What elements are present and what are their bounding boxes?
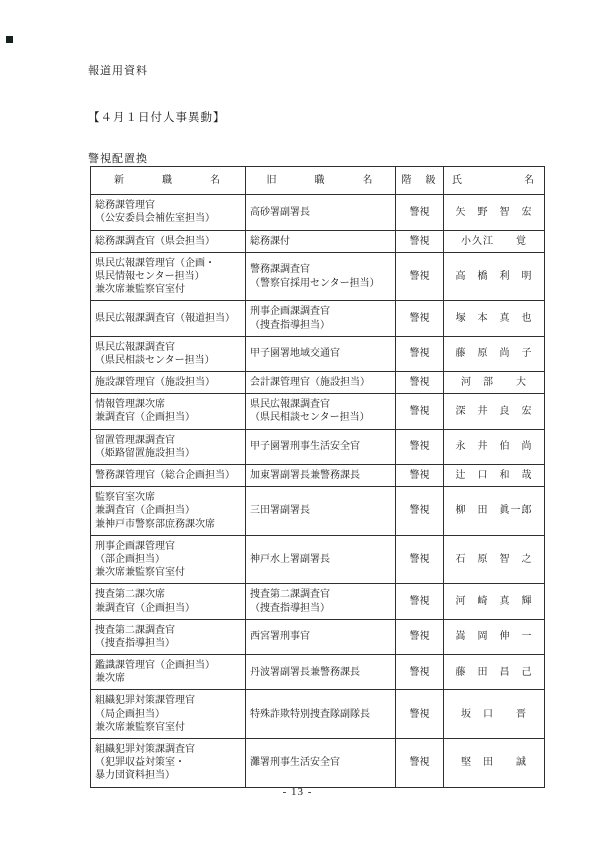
rank-cell: 警視 (396, 584, 444, 619)
old-post-cell: 甲子園署刑事生活安全官 (246, 429, 396, 464)
page-heading: 【４月１日付人事異動】 (88, 109, 226, 125)
rank-cell: 警視 (396, 301, 444, 336)
old-post-cell: 刑事企画課調査官 （捜査指導担当） (246, 301, 396, 336)
old-post-cell: 特殊詐欺特別捜査隊副隊長 (246, 690, 396, 739)
new-post-cell: 県民広報課調査官 （県民相談センター担当） (91, 336, 246, 371)
corner-mark (6, 36, 13, 43)
col-header-new-post: 新 職 名 (91, 167, 246, 195)
rank-cell: 警視 (396, 195, 444, 230)
rank-cell: 警視 (396, 739, 444, 788)
table-title: 警視配置換 (88, 150, 148, 166)
new-post-cell: 捜査第二課調査官 （捜査指導担当） (91, 619, 246, 654)
old-post-cell: 甲子園署地域交通官 (246, 336, 396, 371)
rank-cell: 警視 (396, 394, 444, 429)
table-row: 警務課管理官（総合企画担当） 加東署副署長兼警務課長 警視 辻 口 和 哉 (91, 465, 545, 487)
table-row: 刑事企画課管理官 （部企画担当） 兼次席兼監察官室付 神戸水上署副署長 警視 石… (91, 535, 545, 584)
new-post-cell: 組織犯罪対策課管理官 （局企画担当） 兼次席兼監察官室付 (91, 690, 246, 739)
old-post-cell: 加東署副署長兼警務課長 (246, 465, 396, 487)
name-cell: 河 崎 真 輝 (444, 584, 545, 619)
name-cell: 石 原 智 之 (444, 535, 545, 584)
table-row: 捜査第二課次席 兼調査官（企画担当） 捜査第二課調査官 （捜査指導担当） 警視 … (91, 584, 545, 619)
rank-cell: 警視 (396, 465, 444, 487)
new-post-cell: 総務課調査官（県会担当） (91, 230, 246, 252)
name-cell: 嵩 岡 伸 一 (444, 619, 545, 654)
new-post-cell: 警務課管理官（総合企画担当） (91, 465, 246, 487)
table-row: 県民広報課調査官（報道担当） 刑事企画課調査官 （捜査指導担当） 警視 塚 本 … (91, 301, 545, 336)
name-cell: 辻 口 和 哉 (444, 465, 545, 487)
rank-cell: 警視 (396, 655, 444, 690)
table-row: 捜査第二課調査官 （捜査指導担当） 西宮署刑事官 警視 嵩 岡 伸 一 (91, 619, 545, 654)
rank-cell: 警視 (396, 535, 444, 584)
name-cell: 坂 口 晋 (444, 690, 545, 739)
name-cell: 柳 田 眞一郎 (444, 487, 545, 536)
new-post-cell: 施設課管理官（施設担当） (91, 372, 246, 394)
table-row: 総務課管理官 （公安委員会補佐室担当） 高砂署副署長 警視 矢 野 智 宏 (91, 195, 545, 230)
table-row: 県民広報課管理官（企画・ 県民情報センター担当） 兼次席兼監察官室付 警務課調査… (91, 252, 545, 301)
rank-cell: 警視 (396, 429, 444, 464)
rank-cell: 警視 (396, 336, 444, 371)
old-post-cell: 西宮署刑事官 (246, 619, 396, 654)
table-row: 情報管理課次席 兼調査官（企画担当） 県民広報課調査官 （県民相談センター担当）… (91, 394, 545, 429)
rank-cell: 警視 (396, 230, 444, 252)
new-post-cell: 情報管理課次席 兼調査官（企画担当） (91, 394, 246, 429)
old-post-cell: 高砂署副署長 (246, 195, 396, 230)
new-post-cell: 監察官室次席 兼調査官（企画担当） 兼神戸市警察部庶務課次席 (91, 487, 246, 536)
name-cell: 深 井 良 宏 (444, 394, 545, 429)
table-row: 留置管理課調査官 （姫路留置施設担当） 甲子園署刑事生活安全官 警視 永 井 伯… (91, 429, 545, 464)
document-page: 報道用資料 【４月１日付人事異動】 警視配置換 新 職 名 旧 職 名 階 級 … (0, 0, 595, 842)
page-number: - 13 - (0, 786, 595, 798)
table-row: 県民広報課調査官 （県民相談センター担当） 甲子園署地域交通官 警視 藤 原 尚… (91, 336, 545, 371)
table-row: 組織犯罪対策課調査官 （犯罪収益対策室・ 暴力団資料担当） 灘署刑事生活安全官 … (91, 739, 545, 788)
new-post-cell: 組織犯罪対策課調査官 （犯罪収益対策室・ 暴力団資料担当） (91, 739, 246, 788)
old-post-cell: 神戸水上署副署長 (246, 535, 396, 584)
name-cell: 河 部 大 (444, 372, 545, 394)
rank-cell: 警視 (396, 252, 444, 301)
table-row: 総務課調査官（県会担当） 総務課付 警視 小久江 覚 (91, 230, 545, 252)
doc-label: 報道用資料 (88, 62, 148, 78)
name-cell: 永 井 伯 尚 (444, 429, 545, 464)
new-post-cell: 捜査第二課次席 兼調査官（企画担当） (91, 584, 246, 619)
name-cell: 小久江 覚 (444, 230, 545, 252)
old-post-cell: 捜査第二課調査官 （捜査指導担当） (246, 584, 396, 619)
old-post-cell: 丹波署副署長兼警務課長 (246, 655, 396, 690)
table-row: 監察官室次席 兼調査官（企画担当） 兼神戸市警察部庶務課次席 三田署副署長 警視… (91, 487, 545, 536)
name-cell: 藤 原 尚 子 (444, 336, 545, 371)
col-header-name: 氏 名 (444, 167, 545, 195)
table-header-row: 新 職 名 旧 職 名 階 級 氏 名 (91, 167, 545, 195)
new-post-cell: 鑑識課管理官（企画担当） 兼次席 (91, 655, 246, 690)
table-row: 組織犯罪対策課管理官 （局企画担当） 兼次席兼監察官室付 特殊詐欺特別捜査隊副隊… (91, 690, 545, 739)
rank-cell: 警視 (396, 372, 444, 394)
old-post-cell: 総務課付 (246, 230, 396, 252)
new-post-cell: 県民広報課管理官（企画・ 県民情報センター担当） 兼次席兼監察官室付 (91, 252, 246, 301)
name-cell: 堅 田 誠 (444, 739, 545, 788)
col-header-old-post: 旧 職 名 (246, 167, 396, 195)
name-cell: 矢 野 智 宏 (444, 195, 545, 230)
name-cell: 藤 田 昌 己 (444, 655, 545, 690)
rank-cell: 警視 (396, 619, 444, 654)
new-post-cell: 刑事企画課管理官 （部企画担当） 兼次席兼監察官室付 (91, 535, 246, 584)
table-row: 鑑識課管理官（企画担当） 兼次席 丹波署副署長兼警務課長 警視 藤 田 昌 己 (91, 655, 545, 690)
new-post-cell: 総務課管理官 （公安委員会補佐室担当） (91, 195, 246, 230)
rank-cell: 警視 (396, 487, 444, 536)
old-post-cell: 警務課調査官 （警察官採用センター担当） (246, 252, 396, 301)
old-post-cell: 県民広報課調査官 （県民相談センター担当） (246, 394, 396, 429)
table-row: 施設課管理官（施設担当） 会計課管理官（施設担当） 警視 河 部 大 (91, 372, 545, 394)
name-cell: 高 橋 利 明 (444, 252, 545, 301)
new-post-cell: 県民広報課調査官（報道担当） (91, 301, 246, 336)
new-post-cell: 留置管理課調査官 （姫路留置施設担当） (91, 429, 246, 464)
col-header-rank: 階 級 (396, 167, 444, 195)
old-post-cell: 会計課管理官（施設担当） (246, 372, 396, 394)
name-cell: 塚 本 真 也 (444, 301, 545, 336)
old-post-cell: 三田署副署長 (246, 487, 396, 536)
old-post-cell: 灘署刑事生活安全官 (246, 739, 396, 788)
rank-cell: 警視 (396, 690, 444, 739)
personnel-table: 新 職 名 旧 職 名 階 級 氏 名 総務課管理官 （公安委員会補佐室担当） … (90, 166, 545, 788)
